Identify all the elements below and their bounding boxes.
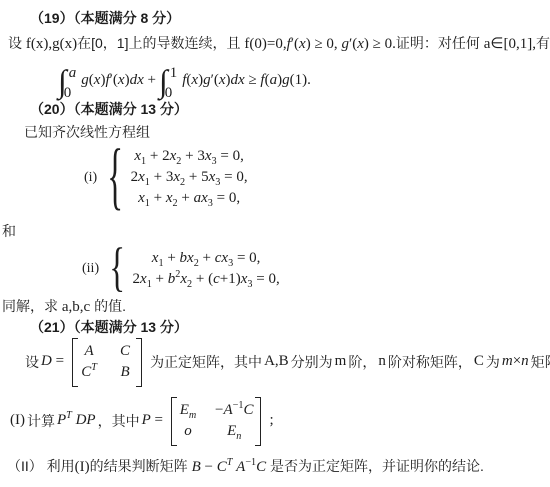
text-zh: 为 xyxy=(486,353,500,371)
text-math: f(x),g(x) xyxy=(26,36,77,52)
text-math: n xyxy=(378,352,386,372)
text-math: P = xyxy=(142,411,163,431)
text-math: m×n xyxy=(502,352,529,372)
text-math: (I) xyxy=(75,459,90,475)
matrix-cell: C xyxy=(116,342,134,362)
matrix-cell: −A−1C xyxy=(215,401,254,421)
text-zh: 同解，求 xyxy=(2,298,62,314)
formula-body: g(x)f′(x)dx + xyxy=(81,71,156,91)
problem-21-heading: （21）（本题满分 13 分） xyxy=(30,318,188,336)
text-math: A,B xyxy=(264,352,289,372)
text-math: B − CT A−1C xyxy=(192,459,267,475)
system-label: (i) xyxy=(84,170,97,186)
matrix-p: Em −A−1C o En xyxy=(171,397,262,446)
part-label: (I) xyxy=(10,411,25,431)
integral-upper-limit: 1 xyxy=(170,64,178,84)
integral-limits: a 0 xyxy=(67,64,77,98)
exam-page: （19）（本题满分 8 分） 设 f(x),g(x)在[0，1]上的导数连续，且… xyxy=(0,0,550,487)
problem-21-part1: (I) 计算 PT DP ，其中 P = Em −A−1C o En ; xyxy=(10,399,274,443)
text-math: f′(x) ≥ 0, g′(x) ≥ 0. xyxy=(287,36,396,52)
problem-19-heading: （19）（本题满分 8 分） xyxy=(30,9,180,27)
problem-21-part2: （II） 利用(I)的结果判断矩阵 B − CT A−1C 是否为正定矩阵，并证… xyxy=(7,457,484,478)
equation-list: x1 + 2x2 + 3x3 = 0, 2x1 + 3x2 + 5x3 = 0,… xyxy=(131,146,248,209)
matrix-cell: En xyxy=(215,422,254,442)
equation: 2x1 + b2x2 + (c+1)x3 = 0, xyxy=(133,269,280,290)
text-math: PT DP xyxy=(57,411,96,431)
text-math: m xyxy=(335,352,347,372)
problem-19-formula: ∫ a 0 g(x)f′(x)dx + ∫ 1 0 f(x)g′(x)dx ≥ … xyxy=(58,64,311,98)
equation: x1 + 2x2 + 3x3 = 0, xyxy=(134,146,243,167)
left-brace: { xyxy=(109,242,125,296)
text-zh: ，其中 xyxy=(98,412,140,430)
problem-21-setup: 设 D = A C CT B 为正定矩阵，其中 A,B 分别为 m 阶， n 阶… xyxy=(25,340,550,384)
matrix-cell: Em xyxy=(179,401,197,421)
integral-upper-limit: a xyxy=(69,64,77,84)
system-label: (ii) xyxy=(82,261,99,277)
equation: x1 + x2 + ax3 = 0, xyxy=(138,188,240,209)
equation-list: x1 + bx2 + cx3 = 0, 2x1 + b2x2 + (c+1)x3… xyxy=(133,248,280,290)
text-zh: 分别为 xyxy=(291,353,333,371)
connector-text: 和 xyxy=(2,222,16,240)
equation: 2x1 + 3x2 + 5x3 = 0, xyxy=(131,167,248,188)
text-math: f(0)=0, xyxy=(244,36,286,52)
integral-2: ∫ 1 0 xyxy=(159,64,177,98)
matrix-d: A C CT B xyxy=(72,338,142,387)
text-zh: 设 xyxy=(8,35,26,51)
text-zh: 有 xyxy=(536,35,550,51)
text-math: a,b,c xyxy=(62,299,90,315)
equation-system-ii: (ii) { x1 + bx2 + cx3 = 0, 2x1 + b2x2 + … xyxy=(82,248,280,290)
matrix-cell: A xyxy=(80,342,98,362)
problem-20-heading: （20）（本题满分 13 分） xyxy=(30,100,188,118)
text-zh: 矩阵. xyxy=(531,353,550,371)
text-math: C xyxy=(474,352,484,372)
text-zh: （II） 利用 xyxy=(7,458,75,474)
text-zh: 为正定矩阵，其中 xyxy=(150,353,262,371)
text-math: ; xyxy=(269,411,273,431)
matrix-cell: o xyxy=(179,422,197,442)
integral-limits: 1 0 xyxy=(168,64,178,98)
text-zh: 是否为正定矩阵，并证明你的结论. xyxy=(266,458,484,474)
left-brace: { xyxy=(107,140,123,215)
equation: x1 + bx2 + cx3 = 0, xyxy=(152,248,261,269)
problem-20-intro: 已知齐次线性方程组 xyxy=(24,123,150,141)
text-zh: 证明：对任何 xyxy=(396,35,484,51)
problem-19-statement: 设 f(x),g(x)在[0，1]上的导数连续，且 f(0)=0,f′(x) ≥… xyxy=(8,34,550,55)
matrix-cell: CT xyxy=(80,363,98,383)
matrix-cell: B xyxy=(116,363,134,383)
text-zh: 的结果判断矩阵 xyxy=(90,458,192,474)
text-zh: 阶对称矩阵， xyxy=(388,353,472,371)
formula-body: f(x)g′(x)dx ≥ f(a)g(1). xyxy=(182,71,311,91)
text-math: a∈[0,1], xyxy=(484,36,536,52)
text-math: D = xyxy=(41,352,64,372)
problem-20-outro: 同解，求 a,b,c 的值. xyxy=(2,297,126,318)
text-zh: 设 xyxy=(25,353,39,371)
equation-system-i: (i) { x1 + 2x2 + 3x3 = 0, 2x1 + 3x2 + 5x… xyxy=(84,146,248,209)
integral-1: ∫ a 0 xyxy=(58,64,76,98)
text-zh: 的值. xyxy=(90,298,126,314)
text-zh: 阶， xyxy=(348,353,376,371)
text-zh: 在[0，1]上的导数连续，且 xyxy=(77,35,244,51)
text-zh: 计算 xyxy=(27,412,55,430)
